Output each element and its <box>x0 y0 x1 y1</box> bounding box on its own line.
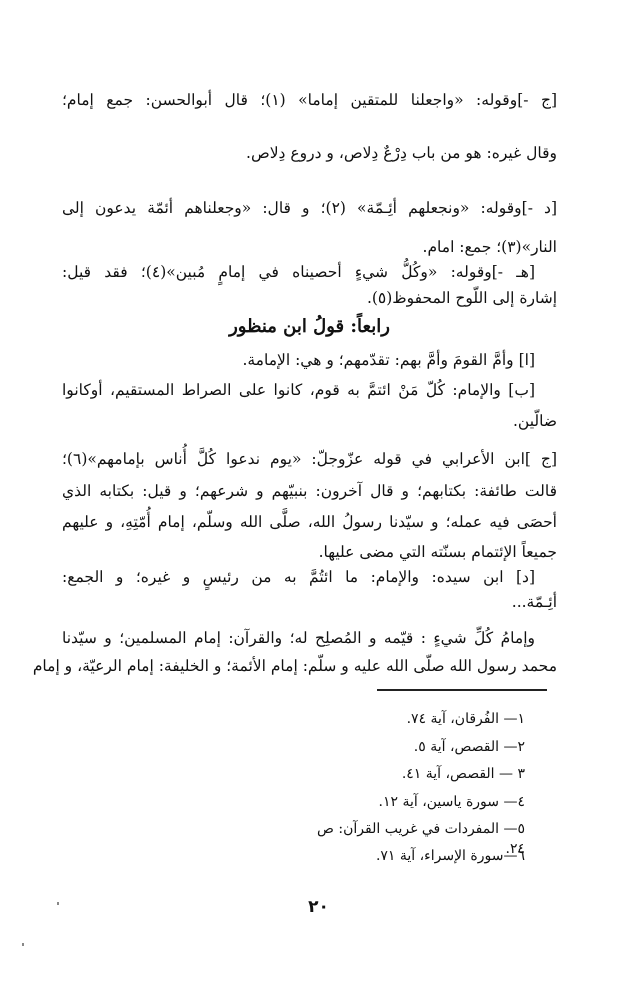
footnote-1: ١— الفُرقان، آية ٧٤. <box>300 709 525 729</box>
footnote-6: ٦—سورة الإسراء، آية ٧١. <box>300 846 525 866</box>
footnote-2: ٢— القصص، آية ٥. <box>300 737 525 757</box>
scan-speck <box>22 943 24 946</box>
footnote-4: ٤— سورة ياسين، آية ١٢. <box>300 792 525 812</box>
footnotes: ١— الفُرقان، آية ٧٤. ٢— القصص، آية ٥. ٣ … <box>300 0 525 994</box>
footnote-3: ٣ — القصص، آية ٤١. <box>300 764 525 784</box>
scan-speck <box>57 902 59 905</box>
page-number: ٢٠ <box>0 897 637 917</box>
